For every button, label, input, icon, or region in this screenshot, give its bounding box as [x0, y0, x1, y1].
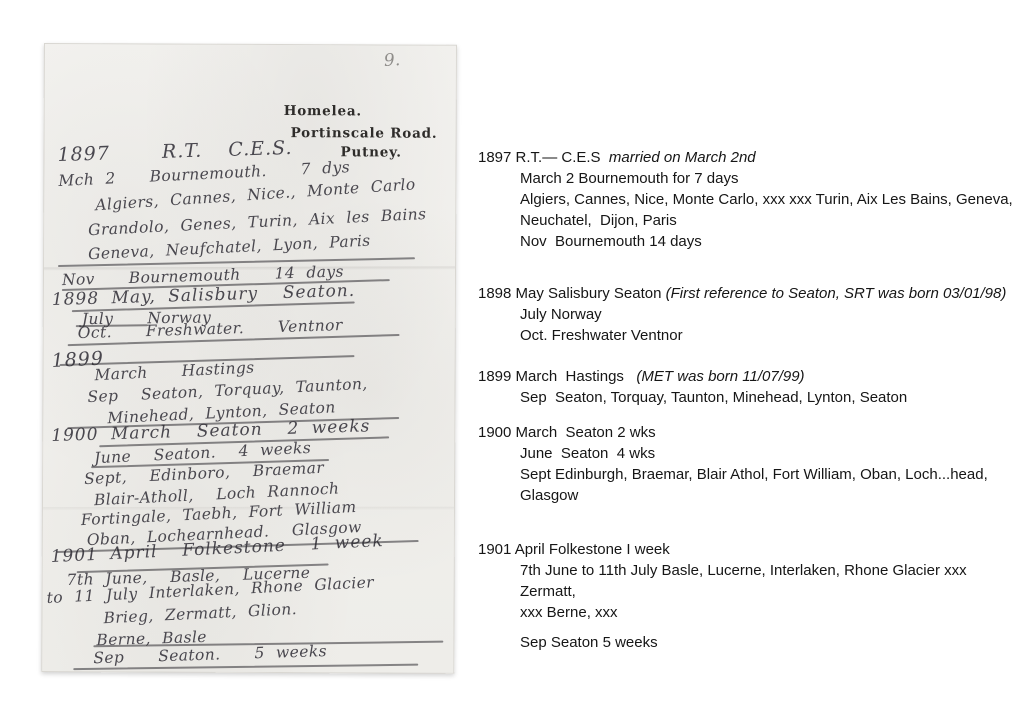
year-heading: 1901 April Folkestone I week: [478, 539, 1020, 560]
transcription-line: Sept Edinburgh, Braemar, Blair Athol, Fo…: [520, 464, 1020, 485]
heading-text: 1897 R.T.— C.E.S: [478, 149, 609, 166]
letterhead-line-1: Homelea.: [284, 103, 362, 119]
scanned-letter-page: 9. Homelea. Portinscale Road. Putney. 18…: [41, 43, 457, 674]
heading-note-italic: (MET was born 11/07/99): [636, 368, 804, 385]
transcription-line: Oct. Freshwater Ventnor: [520, 325, 1020, 346]
heading-note-italic: (First reference to Seaton, SRT was born…: [666, 285, 1007, 302]
year-heading: 1899 March Hastings (MET was born 11/07/…: [478, 366, 1020, 387]
transcription-line: March 2 Bournemouth for 7 days: [520, 168, 1020, 189]
heading-text: 1898 May Salisbury Seaton: [478, 285, 666, 302]
transcription-line: Sep Seaton 5 weeks: [520, 632, 1020, 653]
transcription-line: Nov Bournemouth 14 days: [520, 231, 1020, 252]
handwriting-line: Brieg, Zermatt, Glion.: [103, 600, 297, 627]
transcription-section-1900: 1900 March Seaton 2 wks June Seaton 4 wk…: [478, 422, 1020, 506]
pencil-page-number: 9.: [383, 50, 401, 71]
year-heading: 1898 May Salisbury Seaton (First referen…: [478, 283, 1020, 304]
transcription-section-1901: 1901 April Folkestone I week 7th June to…: [478, 539, 1020, 653]
transcription-line: June Seaton 4 wks: [520, 443, 1020, 464]
handwriting-line: 1900 March Seaton 2 weeks: [51, 416, 371, 446]
transcription-section-1897: 1897 R.T.— C.E.S married on March 2nd Ma…: [478, 147, 1020, 252]
heading-text: 1901 April Folkestone I week: [478, 541, 670, 558]
transcription-line: Neuchatel, Dijon, Paris: [520, 210, 1020, 231]
transcription-section-1898: 1898 May Salisbury Seaton (First referen…: [478, 283, 1020, 346]
heading-note-italic: married on March 2nd: [609, 149, 756, 166]
transcription-section-1899: 1899 March Hastings (MET was born 11/07/…: [478, 366, 1020, 408]
letterhead-line-2: Portinscale Road.: [291, 125, 438, 142]
transcription-line: Sep Seaton, Torquay, Taunton, Minehead, …: [520, 387, 1020, 408]
transcription-line: xxx Berne, xxx: [520, 602, 1020, 623]
transcription-line: 7th June to 11th July Basle, Lucerne, In…: [520, 560, 1020, 602]
transcription-line: Glasgow: [520, 485, 1020, 506]
year-heading: 1900 March Seaton 2 wks: [478, 422, 1020, 443]
transcription-line: Algiers, Cannes, Nice, Monte Carlo, xxx …: [520, 189, 1020, 210]
year-heading: 1897 R.T.— C.E.S married on March 2nd: [478, 147, 1020, 168]
heading-text: 1899 March Hastings: [478, 368, 636, 385]
heading-text: 1900 March Seaton 2 wks: [478, 424, 656, 441]
transcription-line: July Norway: [520, 304, 1020, 325]
transcription-panel: 1897 R.T.— C.E.S married on March 2nd Ma…: [478, 147, 1020, 653]
